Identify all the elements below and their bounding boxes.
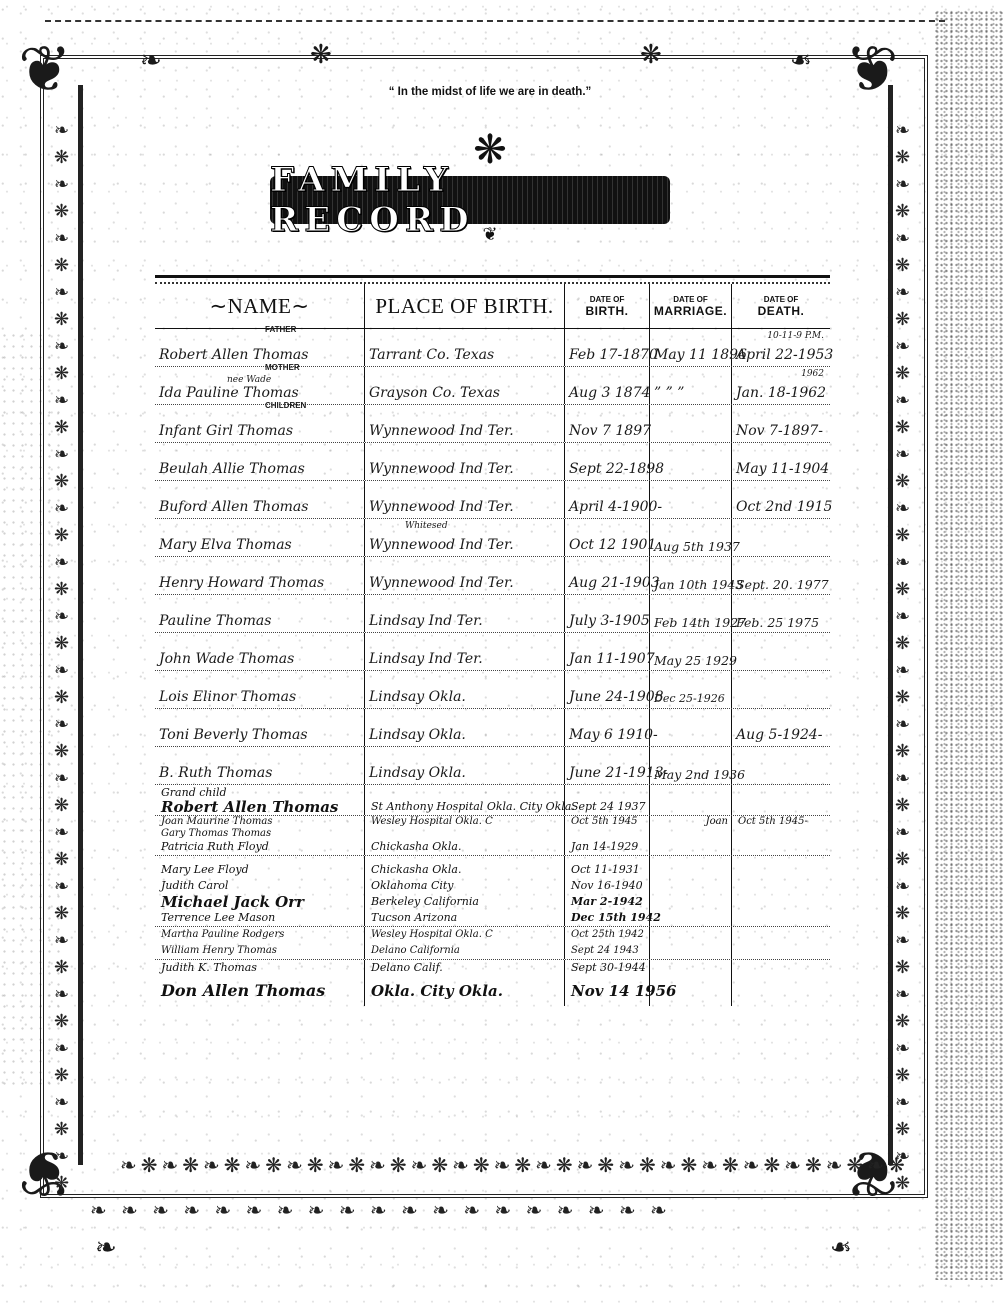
scroll-flourish-icon: ❧ (95, 1235, 117, 1261)
left-vine-ornament: ❧❋❧❋❧❋❧❋❧❋❧❋❧❋❧❋❧❋❧❋❧❋❧❋❧❋❧❋❧❋❧❋❧❋❧❋❧❋❧❋ (52, 120, 70, 1170)
cell-marriage (650, 405, 732, 442)
table-row-grandchild: Patricia Ruth Floyd Chickasha Okla. Jan … (155, 839, 830, 856)
title-crest-bottom-icon: ❦ (450, 224, 530, 245)
cell-death: 1962Jan. 18-1962 (732, 367, 830, 404)
cell-birth: Aug 21-1903 (565, 557, 650, 594)
table-row-grandchild: Robert Allen Thomas St Anthony Hospital … (155, 799, 830, 816)
right-vine-ornament: ❧❋❧❋❧❋❧❋❧❋❧❋❧❋❧❋❧❋❧❋❧❋❧❋❧❋❧❋❧❋❧❋❧❋❧❋❧❋❧❋ (893, 120, 911, 1170)
cell-birth: June 24-1908 (565, 671, 650, 708)
cell-place: Lindsay Ind Ter. (365, 595, 565, 632)
table-row-grandchild: Michael Jack Orr Berkeley California Mar… (155, 894, 830, 910)
table-row-child: Buford Allen Thomas Wynnewood Ind Ter. A… (155, 481, 830, 519)
table-row-child: John Wade Thomas Lindsay Ind Ter. Jan 11… (155, 633, 830, 671)
motto-text: “ In the midst of life we are in death.” (370, 86, 610, 99)
cell-place: Lindsay Okla. (365, 671, 565, 708)
scroll-flourish-icon: ❧ (790, 48, 812, 74)
cell-marriage: May 25 1929 (650, 633, 732, 670)
cell-birth: June 21-1913- (565, 747, 650, 784)
header-date-of-birth: DATE OF BIRTH. (565, 284, 650, 328)
cell-place: WhitesedWynnewood Ind Ter. (365, 519, 565, 556)
cell-name: Toni Beverly Thomas (155, 709, 365, 746)
cell-place: Tarrant Co. Texas (365, 329, 565, 366)
cell-death: Feb. 25 1975 (732, 595, 830, 632)
table-row-grandchild: Mary Lee Floyd Chickasha Okla. Oct 11-19… (155, 862, 830, 878)
cell-death: 10-11-9 P.M.April 22-1953 (732, 329, 830, 366)
table-row-grandchild: Judith Carol Oklahoma City Nov 16-1940 (155, 878, 830, 894)
cell-place: Wynnewood Ind Ter. (365, 481, 565, 518)
cell-birth: May 6 1910- (565, 709, 650, 746)
rosette-ornament-icon: ❋ (310, 42, 332, 68)
cell-death (732, 671, 830, 708)
table-row-child: B. Ruth Thomas Lindsay Okla. June 21-191… (155, 747, 830, 785)
cell-birth: April 4-1900- (565, 481, 650, 518)
table-row-grandchild: Martha Pauline Rodgers Wesley Hospital O… (155, 927, 830, 943)
cell-birth: Jan 11-1907 (565, 633, 650, 670)
cell-marriage: ” ” ” (650, 367, 732, 404)
top-rule (45, 20, 945, 22)
cell-death: May 11-1904 (732, 443, 830, 480)
cell-birth: Oct 12 1901 (565, 519, 650, 556)
header-name-label: ∼NAME∼ (209, 294, 309, 319)
scroll-flourish-icon: ❧ (140, 48, 162, 74)
cell-name: Pauline Thomas (155, 595, 365, 632)
cell-place: Lindsay Ind Ter. (365, 633, 565, 670)
table-row-father: FATHERRobert Allen Thomas Tarrant Co. Te… (155, 329, 830, 367)
cell-birth: Feb 17-1870 (565, 329, 650, 366)
table-row-child: Lois Elinor Thomas Lindsay Okla. June 24… (155, 671, 830, 709)
cell-name: MOTHERnee WadeIda Pauline Thomas (155, 367, 365, 404)
header-date-of-marriage: DATE OF MARRIAGE. (650, 284, 732, 328)
cell-death: Nov 7-1897- (732, 405, 830, 442)
cell-death: Sept. 20. 1977 (732, 557, 830, 594)
bottom-vine-ornament: ❧❋❧❋❧❋❧❋❧❋❧❋❧❋❧❋❧❋❧❋❧❋❧❋❧❋❧❋❧❋❧❋❧❋❧❋❧❋ (120, 1155, 909, 1175)
cell-name: Mary Elva Thomas (155, 519, 365, 556)
grandchild-label-row: Grand child (155, 785, 830, 799)
cell-birth: July 3-1905 (565, 595, 650, 632)
cell-marriage (650, 443, 732, 480)
header-date-of-death: DATE OF DEATH. (732, 284, 830, 328)
cell-marriage (650, 709, 732, 746)
corner-ornament-top-left-icon: ❦ (18, 38, 72, 102)
table-row-grandchild: Don Allen Thomas Okla. City Okla. Nov 14… (155, 976, 830, 1002)
cell-death: Oct 2nd 1915 (732, 481, 830, 518)
cell-marriage: Feb 14th 1927 (650, 595, 732, 632)
cell-name: Buford Allen Thomas (155, 481, 365, 518)
table-row-grandchild: Judith K. Thomas Delano Calif. Sept 30-1… (155, 960, 830, 976)
cell-name: Henry Howard Thomas (155, 557, 365, 594)
cell-place: Wynnewood Ind Ter. (365, 557, 565, 594)
cell-place: Wynnewood Ind Ter. (365, 405, 565, 442)
cell-place: Lindsay Okla. (365, 709, 565, 746)
cell-name: John Wade Thomas (155, 633, 365, 670)
scroll-flourish-icon: ❧ (830, 1235, 852, 1261)
cell-marriage (650, 481, 732, 518)
cell-marriage: Jan 10th 1943 (650, 557, 732, 594)
cell-birth: Sept 22-1898 (565, 443, 650, 480)
cell-place: Grayson Co. Texas (365, 367, 565, 404)
bottom-scroll-ornament: ❧ ❧ ❧ ❧ ❧ ❧ ❧ ❧ ❧ ❧ ❧ ❧ ❧ ❧ ❧ ❧ ❧ ❧ ❧ (90, 1200, 671, 1220)
grandchildren-section: Grand child Robert Allen Thomas St Antho… (155, 785, 830, 1002)
scan-edge-noise (934, 10, 1004, 1280)
cell-name: Beulah Allie Thomas (155, 443, 365, 480)
cell-death (732, 633, 830, 670)
table-row-grandchild: Joan Maurine Thomas Wesley Hospital Okla… (155, 816, 830, 828)
table-row-child: CHILDRENInfant Girl Thomas Wynnewood Ind… (155, 405, 830, 443)
table-row-child: Henry Howard Thomas Wynnewood Ind Ter. A… (155, 557, 830, 595)
cell-name: CHILDRENInfant Girl Thomas (155, 405, 365, 442)
table-row-grandchild: William Henry Thomas Delano California S… (155, 943, 830, 960)
header-place-of-birth: PLACE OF BIRTH. (365, 284, 565, 328)
cell-marriage: Aug 5th 1937 (650, 519, 732, 556)
cell-name: B. Ruth Thomas (155, 747, 365, 784)
header-name: ∼NAME∼ (155, 284, 365, 328)
record-rows: FATHERRobert Allen Thomas Tarrant Co. Te… (155, 329, 830, 1002)
rosette-ornament-icon: ❋ (640, 42, 662, 68)
cell-death (732, 519, 830, 556)
table-top-rule (155, 275, 830, 284)
table-header: ∼NAME∼ PLACE OF BIRTH. DATE OF BIRTH. DA… (155, 284, 830, 329)
table-row-mother: MOTHERnee WadeIda Pauline Thomas Grayson… (155, 367, 830, 405)
table-row-child: Toni Beverly Thomas Lindsay Okla. May 6 … (155, 709, 830, 747)
table-row-child: Pauline Thomas Lindsay Ind Ter. July 3-1… (155, 595, 830, 633)
cell-birth: Nov 7 1897 (565, 405, 650, 442)
cell-place: Lindsay Okla. (365, 747, 565, 784)
cell-death (732, 747, 830, 784)
corner-ornament-top-right-icon: ❦ (845, 38, 899, 102)
cell-death: Aug 5-1924- (732, 709, 830, 746)
family-record-title: FAMILY RECORD (270, 176, 670, 224)
cell-marriage: Dec 25-1926 (650, 671, 732, 708)
cell-name: FATHERRobert Allen Thomas (155, 329, 365, 366)
family-record-table: ∼NAME∼ PLACE OF BIRTH. DATE OF BIRTH. DA… (155, 275, 830, 1002)
cell-marriage: May 2nd 1936 (650, 747, 732, 784)
table-row-grandchild: Gary Thomas Thomas (155, 828, 830, 839)
table-row-grandchild: Terrence Lee Mason Tucson Arizona Dec 15… (155, 910, 830, 927)
cell-marriage: May 11 1896 (650, 329, 732, 366)
cell-birth: Aug 3 1874 (565, 367, 650, 404)
cell-name: Lois Elinor Thomas (155, 671, 365, 708)
table-row-child: Beulah Allie Thomas Wynnewood Ind Ter. S… (155, 443, 830, 481)
cell-place: Wynnewood Ind Ter. (365, 443, 565, 480)
table-row-child: Mary Elva Thomas WhitesedWynnewood Ind T… (155, 519, 830, 557)
